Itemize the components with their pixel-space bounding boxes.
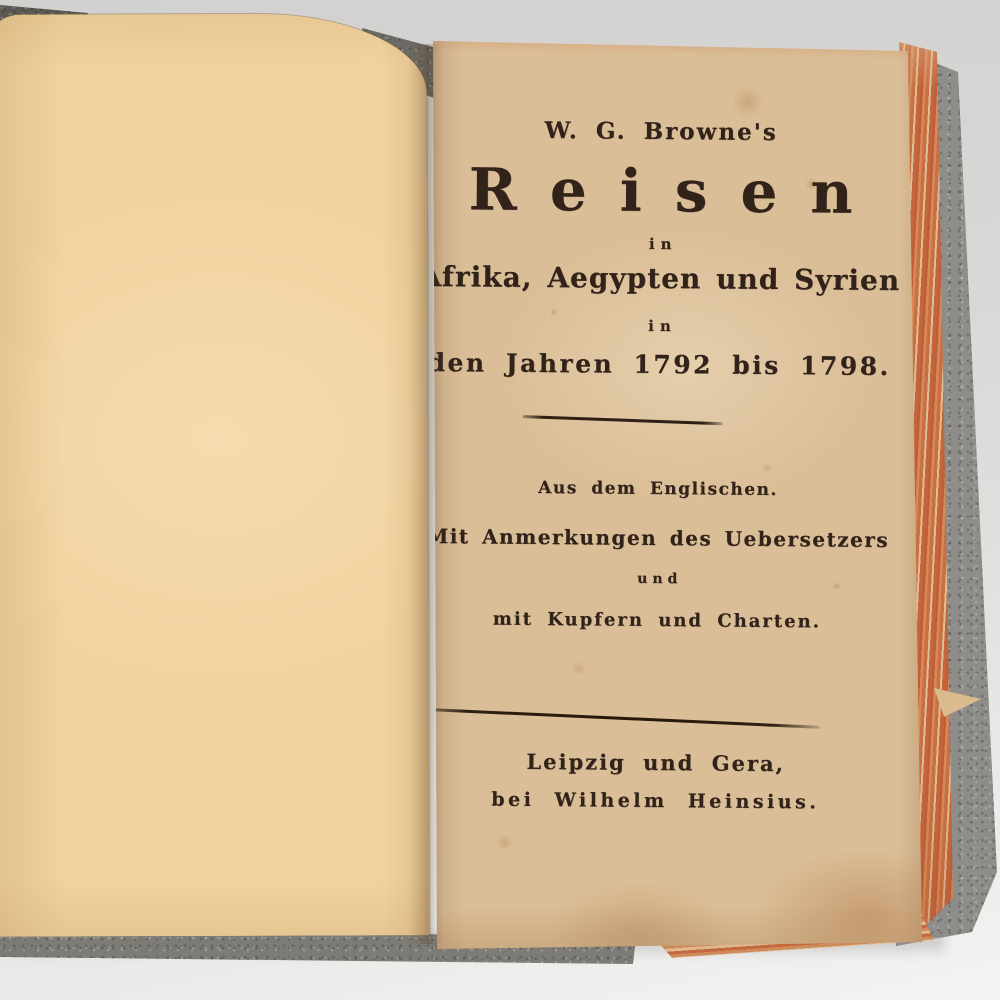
imprint-publisher-line: bei Wilhelm Heinsius.: [407, 788, 903, 814]
in-line-1: in: [412, 233, 908, 255]
imprint-place-line: Leipzig und Gera,: [408, 748, 904, 777]
translation-line: Aus dem Englischen.: [410, 477, 906, 501]
left-blank-page: [0, 13, 430, 937]
photo-backdrop: W. G. Browne's Reisen in Afrika, Aegypte…: [0, 0, 1000, 1000]
subtitle-regions: Afrika, Aegypten und Syrien: [412, 260, 908, 297]
years-line: den Jahren 1792 bis 1798.: [411, 348, 907, 381]
author-line: W. G. Browne's: [413, 116, 909, 147]
book-title: Reisen: [412, 155, 909, 227]
divider-rule-long: [416, 707, 820, 728]
title-page: W. G. Browne's Reisen in Afrika, Aegypte…: [430, 38, 926, 952]
page-gutter-shadow: [408, 44, 444, 944]
plates-line: mit Kupfern und Charten.: [409, 608, 905, 633]
title-page-text-block: W. G. Browne's Reisen in Afrika, Aegypte…: [406, 36, 910, 954]
annotation-line: Mit Anmerkungen des Uebersetzers: [410, 524, 906, 552]
conjunction-line: und: [409, 569, 905, 589]
in-line-2: in: [411, 315, 907, 337]
divider-rule-short: [523, 415, 723, 426]
